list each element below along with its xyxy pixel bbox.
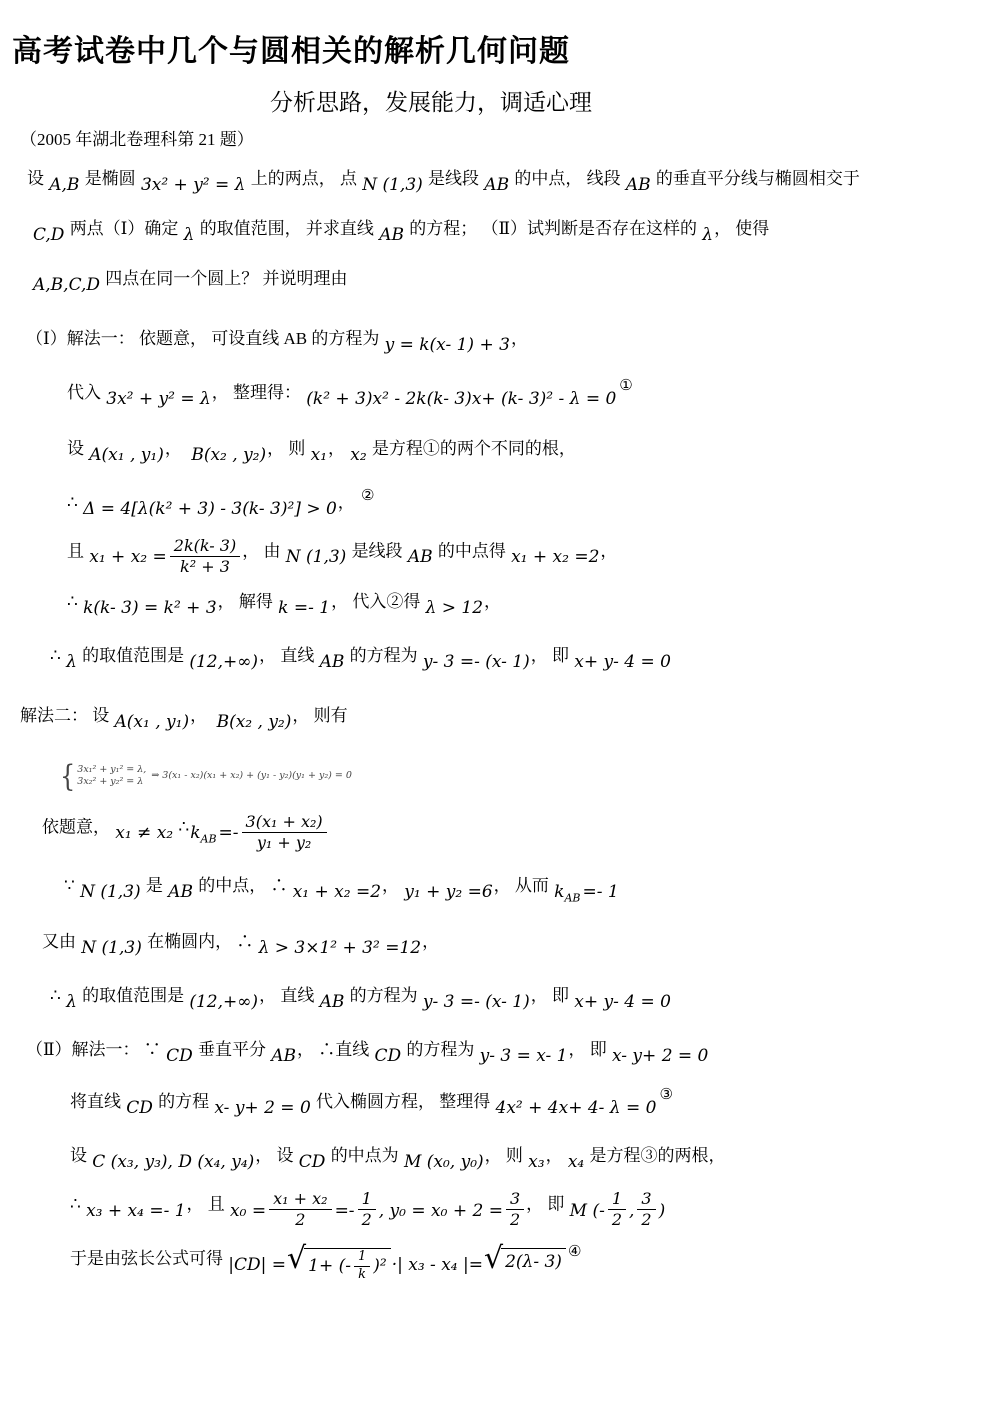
square-root: √2(λ- 3) bbox=[484, 1248, 566, 1275]
math-segment: AB bbox=[319, 987, 346, 1017]
denominator: y₁ + y₂ bbox=[242, 833, 327, 853]
math-segment: ) bbox=[658, 1196, 667, 1226]
math-segment: x+ y- 4 = 0 bbox=[573, 987, 672, 1017]
text-segment: ， 即 bbox=[531, 986, 574, 1005]
text-segment: 的取值范围是 bbox=[78, 986, 189, 1005]
doc-line-problem-2: C,D 两点（Ⅰ）确定 λ 的取值范围， 并求直线 AB 的方程； （Ⅱ）试判断… bbox=[12, 214, 982, 244]
text-segment: 的方程 bbox=[154, 1092, 214, 1111]
doc-line-chord-length: 于是由弦长公式可得 |CD| =√1+ (- 1k)² ·| x₃ - x₄ |… bbox=[12, 1242, 982, 1277]
text-segment: 将直线 bbox=[70, 1092, 125, 1111]
text-segment: 是方程③的两根， bbox=[585, 1146, 725, 1165]
text-segment: ∵ bbox=[64, 876, 79, 895]
text-segment: ， 解得 bbox=[218, 592, 278, 611]
math-segment: y = k(x- 1) + 3 bbox=[384, 330, 511, 360]
math-segment: y- 3 =- (x- 1) bbox=[422, 987, 531, 1017]
text-segment: ， 直线 bbox=[259, 986, 319, 1005]
text-segment: ， bbox=[546, 1146, 567, 1165]
brace-icon: { bbox=[60, 757, 75, 795]
math-segment: 3x² + y² = λ bbox=[140, 170, 247, 200]
text-segment: 是椭圆 bbox=[80, 169, 140, 188]
text-segment: 在椭圆内， ∴ bbox=[143, 932, 258, 951]
math-segment: ·| x₃ - x₄ |= bbox=[391, 1250, 484, 1280]
text-segment: ， bbox=[382, 876, 403, 895]
circled-number: ① bbox=[619, 376, 632, 394]
text-segment: 的取值范围， 并求直线 bbox=[195, 219, 378, 238]
doc-line-solve-k: ∴ k(k- 3) = k² + 3， 解得 k =- 1， 代入②得 λ > … bbox=[12, 587, 982, 617]
fraction: 12 bbox=[358, 1189, 376, 1230]
fraction: 12 bbox=[608, 1189, 626, 1230]
math-segment: CD bbox=[125, 1093, 154, 1123]
text-segment: 是线段 bbox=[347, 541, 407, 560]
math-segment: x- y+ 2 = 0 bbox=[611, 1041, 709, 1071]
text-segment: 的方程为 bbox=[345, 986, 422, 1005]
text-segment: ， bbox=[511, 329, 528, 348]
text-segment: ∴ bbox=[174, 817, 189, 836]
math-segment: (k² + 3)x² - 2k(k- 3)x+ (k- 3)² - λ = 0 bbox=[305, 384, 617, 414]
math-segment: 4x² + 4x+ 4- λ = 0 bbox=[495, 1093, 658, 1123]
text-segment: 是线段 bbox=[424, 169, 484, 188]
doc-line-sol2-intro: 解法二： 设 A(x₁ , y₁)， B(x₂ , y₂)， 则有 bbox=[12, 701, 982, 731]
math-segment: x₁ + x₂ =2 bbox=[292, 877, 382, 907]
text-segment: 是 bbox=[142, 876, 168, 895]
doc-line-conclusion-1: ∴ λ 的取值范围是 (12,+∞)， 直线 AB 的方程为 y- 3 =- (… bbox=[12, 641, 982, 671]
text-segment: ， 即 bbox=[531, 646, 574, 665]
text-segment: 设 bbox=[27, 169, 48, 188]
math-segment: (12,+∞) bbox=[188, 647, 259, 677]
math-segment: A,B bbox=[48, 170, 80, 200]
text-segment: ， 即 bbox=[526, 1195, 569, 1214]
math-segment: AB bbox=[167, 877, 194, 907]
math-segment: x₀ = bbox=[229, 1196, 267, 1226]
math-segment: x₂ bbox=[349, 440, 367, 470]
denominator: 2 bbox=[637, 1210, 655, 1230]
math-segment: , bbox=[628, 1196, 635, 1226]
text-segment: 的方程为 bbox=[345, 646, 422, 665]
text-segment: 解法二： 设 bbox=[20, 706, 114, 725]
text-segment: ， bbox=[338, 493, 359, 512]
math-segment: AB bbox=[378, 220, 405, 250]
text-segment: 设 bbox=[70, 1146, 91, 1165]
math-segment: |CD| = bbox=[227, 1250, 287, 1280]
math-segment: C (x₃, y₃), D (x₄, y₄) bbox=[91, 1147, 255, 1177]
math-segment: N (1,3) bbox=[79, 877, 142, 907]
math-segment: A,B,C,D bbox=[32, 270, 101, 300]
text-segment: 于是由弦长公式可得 bbox=[70, 1249, 227, 1268]
denominator: k bbox=[354, 1267, 370, 1283]
text-segment: ， 代入②得 bbox=[331, 592, 425, 611]
math-segment: λ bbox=[701, 220, 714, 250]
math-segment: λ bbox=[183, 220, 196, 250]
text-segment: 依题意， bbox=[42, 817, 114, 836]
circled-number: ③ bbox=[659, 1085, 672, 1103]
numerator: 3(x₁ + x₂) bbox=[242, 812, 327, 833]
text-segment: ， ∴直线 bbox=[297, 1040, 374, 1059]
math-segment: Δ = 4[λ(k² + 3) - 3(k- 3)²] > 0 bbox=[82, 494, 338, 524]
denominator: 2 bbox=[358, 1210, 376, 1230]
math-segment: k(k- 3) = k² + 3 bbox=[82, 593, 218, 623]
math-segment: A(x₁ , y₁) bbox=[88, 440, 165, 470]
text-segment: ， bbox=[422, 932, 439, 951]
math-segment: C,D bbox=[32, 220, 65, 250]
math-segment: AB bbox=[270, 1041, 297, 1071]
math-segment: x₁ + x₂ =2 bbox=[510, 542, 600, 572]
doc-line-cd-points: 设 C (x₃, y₃), D (x₄, y₄)， 设 CD 的中点为 M (x… bbox=[12, 1141, 982, 1171]
doc-line-eq1: 代入 3x² + y² = λ， 整理得： (k² + 3)x² - 2k(k-… bbox=[12, 378, 982, 408]
text-segment: ∴ bbox=[67, 493, 82, 512]
text-segment: ， 即 bbox=[569, 1040, 612, 1059]
page-subtitle: 分析思路，发展能力，调适心理 bbox=[270, 84, 982, 117]
text-segment: 的方程； （Ⅱ）试判断是否存在这样的 bbox=[405, 219, 701, 238]
system-rows: 3x₁² + y₁² = λ,3x₂² + y₂² = λ bbox=[77, 764, 146, 788]
radicand: 2(λ- 3) bbox=[501, 1248, 566, 1275]
math-segment: B(x₂ , y₂) bbox=[216, 707, 293, 737]
circled-number: ④ bbox=[568, 1242, 581, 1260]
doc-line-problem-1: 设 A,B 是椭圆 3x² + y² = λ 上的两点， 点 N (1,3) 是… bbox=[12, 164, 982, 194]
text-segment: ∴ bbox=[67, 592, 82, 611]
text-segment: ， bbox=[190, 706, 216, 725]
numerator: x₁ + x₂ bbox=[269, 1189, 331, 1210]
math-segment: x- y+ 2 = 0 bbox=[213, 1093, 311, 1123]
equation-system: {3x₁² + y₁² = λ,3x₂² + y₂² = λ⇒ 3(x₁ - x… bbox=[60, 761, 352, 791]
math-segment: λ bbox=[65, 647, 78, 677]
document-page: 高考试卷中几个与圆相关的解析几何问题 分析思路，发展能力，调适心理 （2005 … bbox=[0, 26, 1000, 1277]
text-segment: （Ⅰ）解法一： 依题意， 可设直线 AB 的方程为 bbox=[26, 329, 384, 348]
square-root: √1+ (- 1k)² bbox=[287, 1248, 391, 1283]
text-segment: ， bbox=[165, 439, 191, 458]
doc-line-midpoint: ∵ N (1,3) 是 AB 的中点， ∴ x₁ + x₂ =2， y₁ + y… bbox=[12, 871, 982, 907]
fraction: x₁ + x₂2 bbox=[269, 1189, 331, 1230]
text-segment: ， 设 bbox=[255, 1146, 298, 1165]
denominator: 2 bbox=[269, 1210, 331, 1230]
doc-line-midpoint-m: ∴ x₃ + x₄ =- 1， 且 x₀ =x₁ + x₂2 =- 12, y₀… bbox=[12, 1185, 982, 1226]
system-row: 3x₂² + y₂² = λ bbox=[77, 776, 146, 788]
text-segment: ， 由 bbox=[242, 541, 285, 560]
math-segment: x₄ bbox=[567, 1147, 585, 1177]
doc-line-roots: 设 A(x₁ , y₁)， B(x₂ , y₂)， 则 x₁， x₂ 是方程①的… bbox=[12, 434, 982, 464]
text-segment: ， bbox=[484, 592, 501, 611]
text-segment: 代入 bbox=[67, 383, 105, 402]
fraction: 32 bbox=[506, 1189, 524, 1230]
doc-line-slope: 依题意， x₁ ≠ x₂ ∴kAB =- 3(x₁ + x₂)y₁ + y₂ bbox=[12, 808, 982, 849]
radical-icon: √ bbox=[484, 1246, 503, 1272]
text-segment: 垂直平分 bbox=[194, 1040, 271, 1059]
math-segment: N (1,3) bbox=[285, 542, 348, 572]
text-segment: 且 bbox=[67, 541, 88, 560]
text-segment: ， 直线 bbox=[259, 646, 319, 665]
doc-line-part2-intro: （Ⅱ）解法一： ∵ CD 垂直平分 AB， ∴直线 CD 的方程为 y- 3 =… bbox=[12, 1035, 982, 1065]
text-segment: 代入椭圆方程， 整理得 bbox=[312, 1092, 495, 1111]
math-segment: kAB bbox=[553, 877, 581, 913]
system-implication: ⇒ 3(x₁ - x₂)(x₁ + x₂) + (y₁ - y₂)(y₁ + y… bbox=[151, 770, 352, 782]
text-segment: 的垂直平分线与椭圆相交于 bbox=[652, 169, 860, 188]
math-segment: y- 3 =- (x- 1) bbox=[422, 647, 531, 677]
math-segment: x+ y- 4 = 0 bbox=[573, 647, 672, 677]
text-segment: 设 bbox=[67, 439, 88, 458]
doc-line-problem-3: A,B,C,D 四点在同一个圆上？ 并说明理由 bbox=[12, 264, 982, 294]
numerator: 2k(k- 3) bbox=[170, 536, 240, 557]
text-segment: ∴ bbox=[50, 646, 65, 665]
text-segment: 的中点得 bbox=[434, 541, 511, 560]
text-segment: ， 则 bbox=[485, 1146, 528, 1165]
math-segment: 3x² + y² = λ bbox=[105, 384, 212, 414]
text-segment: ， 则有 bbox=[292, 706, 347, 725]
math-segment: =- bbox=[334, 1196, 356, 1226]
math-segment: x₁ + x₂ = bbox=[88, 542, 168, 572]
numerator: 1 bbox=[358, 1189, 376, 1210]
text-segment: 的中点， 线段 bbox=[510, 169, 625, 188]
numerator: 3 bbox=[506, 1189, 524, 1210]
text-segment: ∴ bbox=[70, 1195, 85, 1214]
text-segment: 是方程①的两个不同的根， bbox=[368, 439, 576, 458]
text-segment: （Ⅱ）解法一： ∵ bbox=[26, 1040, 165, 1059]
denominator: 2 bbox=[506, 1210, 524, 1230]
math-segment: N (1,3) bbox=[80, 933, 143, 963]
math-segment: k =- 1 bbox=[277, 593, 331, 623]
radicand: 1+ (- 1k)² bbox=[304, 1248, 391, 1283]
text-segment: 的中点为 bbox=[326, 1146, 403, 1165]
text-segment: 又由 bbox=[42, 932, 80, 951]
text-segment: ， 从而 bbox=[494, 876, 554, 895]
math-segment: y₁ + y₂ =6 bbox=[403, 877, 493, 907]
text-segment: ， 则 bbox=[267, 439, 310, 458]
math-segment: x₁ ≠ x₂ bbox=[114, 818, 174, 848]
math-segment: =- bbox=[218, 818, 240, 848]
fraction: 2k(k- 3)k² + 3 bbox=[170, 536, 240, 577]
numerator: 1 bbox=[354, 1249, 370, 1266]
doc-line-inside-ellipse: 又由 N (1,3) 在椭圆内， ∴ λ > 3×1² + 3² =12， bbox=[12, 927, 982, 957]
system-row: 3x₁² + y₁² = λ, bbox=[77, 764, 146, 776]
radical-icon: √ bbox=[287, 1246, 306, 1272]
math-segment: 2(λ- 3) bbox=[504, 1249, 563, 1275]
denominator: k² + 3 bbox=[170, 557, 240, 577]
math-segment: x₃ bbox=[527, 1147, 545, 1177]
math-segment: λ > 3×1² + 3² =12 bbox=[258, 933, 422, 963]
circled-number: ② bbox=[361, 486, 374, 504]
doc-line-system: {3x₁² + y₁² = λ,3x₂² + y₂² = λ⇒ 3(x₁ - x… bbox=[12, 761, 982, 794]
text-segment: ∴ bbox=[50, 986, 65, 1005]
page-title: 高考试卷中几个与圆相关的解析几何问题 bbox=[12, 26, 982, 70]
math-segment: kAB bbox=[189, 818, 217, 854]
math-segment: 1+ (- bbox=[307, 1253, 352, 1279]
math-segment: AB bbox=[407, 542, 434, 572]
text-segment: 的中点， ∴ bbox=[194, 876, 292, 895]
text-segment: 两点（Ⅰ）确定 bbox=[65, 219, 182, 238]
text-segment: 的取值范围是 bbox=[78, 646, 189, 665]
math-segment: B(x₂ , y₂) bbox=[190, 440, 267, 470]
doc-line-sum-roots: 且 x₁ + x₂ =2k(k- 3)k² + 3， 由 N (1,3) 是线段… bbox=[12, 532, 982, 573]
fraction: 3(x₁ + x₂)y₁ + y₂ bbox=[242, 812, 327, 853]
text-segment: ， 整理得： bbox=[212, 383, 306, 402]
math-segment: CD bbox=[298, 1147, 327, 1177]
text-segment: 四点在同一个圆上？ 并说明理由 bbox=[101, 269, 348, 288]
numerator: 1 bbox=[608, 1189, 626, 1210]
denominator: 2 bbox=[608, 1210, 626, 1230]
numerator: 3 bbox=[637, 1189, 655, 1210]
doc-line-eq3: 将直线 CD 的方程 x- y+ 2 = 0 代入椭圆方程， 整理得 4x² +… bbox=[12, 1087, 982, 1117]
math-segment: M (- bbox=[569, 1196, 606, 1226]
text-segment: ， 且 bbox=[187, 1195, 230, 1214]
math-segment: CD bbox=[165, 1041, 194, 1071]
text-segment: 上的两点， 点 bbox=[246, 169, 361, 188]
doc-line-conclusion-2: ∴ λ 的取值范围是 (12,+∞)， 直线 AB 的方程为 y- 3 =- (… bbox=[12, 981, 982, 1011]
doc-line-discriminant: ∴ Δ = 4[λ(k² + 3) - 3(k- 3)²] > 0， ② bbox=[12, 488, 982, 518]
math-segment: AB bbox=[483, 170, 510, 200]
text-segment: 的方程为 bbox=[402, 1040, 479, 1059]
math-segment: M (x₀, y₀) bbox=[403, 1147, 485, 1177]
fraction: 1k bbox=[354, 1249, 370, 1283]
math-segment: y- 3 = x- 1 bbox=[479, 1041, 569, 1071]
source-note: （2005 年湖北卷理科第 21 题） bbox=[20, 125, 982, 150]
math-segment: x₁ bbox=[310, 440, 328, 470]
math-segment: N (1,3) bbox=[361, 170, 424, 200]
doc-line-sol1-intro: （Ⅰ）解法一： 依题意， 可设直线 AB 的方程为 y = k(x- 1) + … bbox=[12, 324, 982, 354]
math-segment: x₃ + x₄ =- 1 bbox=[85, 1196, 186, 1226]
math-segment: (12,+∞) bbox=[188, 987, 259, 1017]
math-segment: AB bbox=[625, 170, 652, 200]
text-segment: ， 使得 bbox=[714, 219, 769, 238]
text-segment: ， bbox=[600, 541, 617, 560]
math-segment: λ > 12 bbox=[425, 593, 484, 623]
text-segment: ， bbox=[328, 439, 349, 458]
math-segment: AB bbox=[319, 647, 346, 677]
math-segment: )² bbox=[372, 1253, 387, 1279]
math-segment: CD bbox=[373, 1041, 402, 1071]
math-segment: =- 1 bbox=[581, 877, 619, 907]
fraction: 32 bbox=[637, 1189, 655, 1230]
math-segment: A(x₁ , y₁) bbox=[114, 707, 191, 737]
math-segment: , y₀ = x₀ + 2 = bbox=[378, 1196, 504, 1226]
math-segment: λ bbox=[65, 987, 78, 1017]
